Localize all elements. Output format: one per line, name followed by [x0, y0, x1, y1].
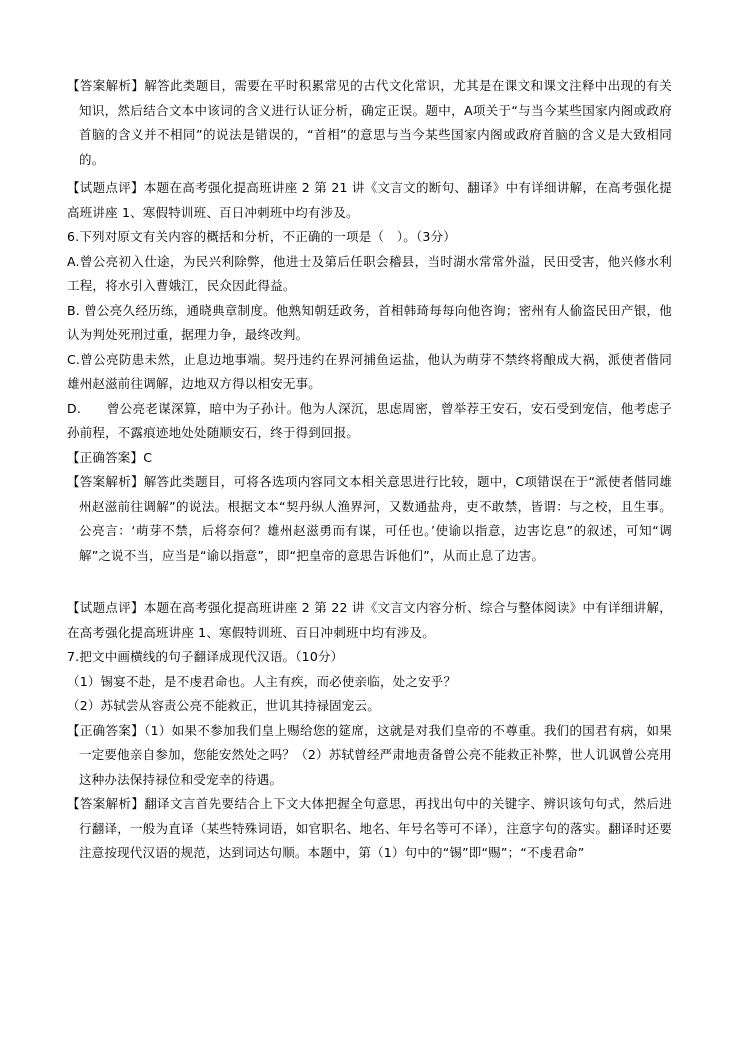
- question-7-item-2: （2）苏轼尝从容责公亮不能救正，世讥其持禄固宠云。: [67, 694, 672, 719]
- section-text: 本题在高考强化提高班讲座 2 第 21 讲《文言文的断句、翻译》中有详细讲解，在…: [67, 180, 672, 220]
- correct-answer-q7: 【正确答案】（1）如果不参加我们皇上赐给您的筵席，这就是对我们皇帝的不尊重。我们…: [67, 719, 672, 793]
- section-label: 【试题点评】: [67, 600, 144, 615]
- section-label: 【试题点评】: [67, 180, 144, 195]
- question-comment-q6: 【试题点评】本题在高考强化提高班讲座 2 第 22 讲《文言文内容分析、综合与整…: [67, 596, 672, 645]
- question-7-stem: 7.把文中画横线的句子翻译成现代汉语。（10分）: [67, 645, 672, 670]
- section-text: （1）如果不参加我们皇上赐给您的筵席，这就是对我们皇帝的不尊重。我们的国君有病，…: [79, 723, 672, 787]
- question-6-option-c: C.曾公亮防患未然，止息边地事端。契丹违约在界河捕鱼运盐，他认为萌芽不禁终将酿成…: [67, 348, 672, 397]
- section-text: 解答此类题目，需要在平时积累常见的古代文化常识，尤其是在课文和课文注释中出现的有…: [79, 78, 672, 167]
- question-6-option-a: A.曾公亮初入仕途，为民兴利除弊，他进士及第后任职会稽县，当时湖水常常外溢，民田…: [67, 250, 672, 299]
- section-text: 解答此类题目，可将各选项内容同文本相关意思进行比较，题中，C项错误在于“派使者偕…: [79, 474, 672, 563]
- section-label: 【答案解析】: [67, 474, 144, 489]
- section-label: 【正确答案】: [67, 450, 143, 465]
- section-label: 【答案解析】: [67, 78, 144, 93]
- question-comment-q5: 【试题点评】本题在高考强化提高班讲座 2 第 21 讲《文言文的断句、翻译》中有…: [67, 176, 672, 225]
- section-label: 【答案解析】: [67, 796, 144, 811]
- question-6-option-d: D. 曾公亮老谋深算，暗中为子孙计。他为人深沉，思虑周密，曾举荐王安石，安石受到…: [67, 397, 672, 446]
- question-7-item-1: （1）锡宴不赴，是不虔君命也。人主有疾，而必使亲临，处之安乎？: [67, 670, 672, 695]
- section-text: 翻译文言首先要结合上下文大体把握全句意思，再找出句中的关键字、辨识该句句式，然后…: [79, 796, 672, 860]
- answer-analysis-q6: 【答案解析】解答此类题目，可将各选项内容同文本相关意思进行比较，题中，C项错误在…: [67, 470, 672, 568]
- answer-analysis-q7: 【答案解析】翻译文言首先要结合上下文大体把握全句意思，再找出句中的关键字、辨识该…: [67, 792, 672, 866]
- document-page: 【答案解析】解答此类题目，需要在平时积累常见的古代文化常识，尤其是在课文和课文注…: [67, 74, 672, 866]
- answer-value: C: [143, 450, 152, 465]
- section-text: 本题在高考强化提高班讲座 2 第 22 讲《文言文内容分析、综合与整体阅读》中有…: [67, 600, 672, 640]
- question-6-stem: 6.下列对原文有关内容的概括和分析，不正确的一项是（ ）。（3分）: [67, 225, 672, 250]
- section-label: 【正确答案】: [67, 723, 144, 738]
- correct-answer-q6: 【正确答案】C: [67, 446, 672, 471]
- question-6-option-b: B. 曾公亮久经历练，通晓典章制度。他熟知朝廷政务，首相韩琦每每向他咨询；密州有…: [67, 299, 672, 348]
- answer-analysis-q5: 【答案解析】解答此类题目，需要在平时积累常见的古代文化常识，尤其是在课文和课文注…: [67, 74, 672, 172]
